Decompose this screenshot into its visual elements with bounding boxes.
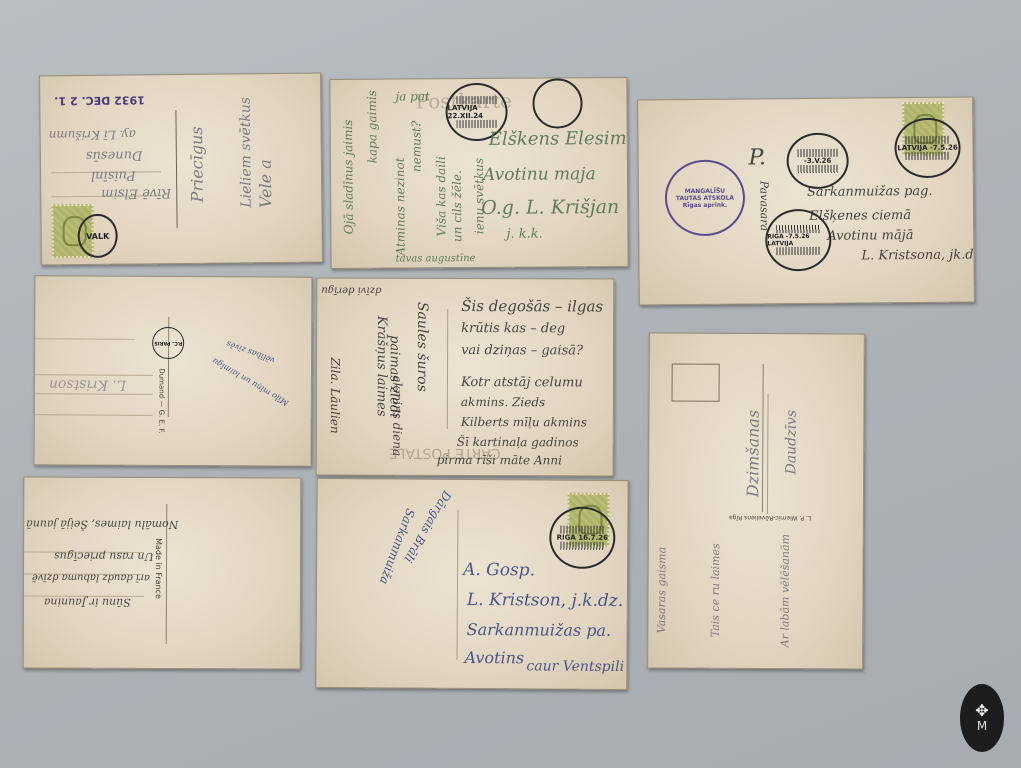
handwriting-line: Un rasu priecīgus — [54, 550, 154, 563]
postmark-text: VALK — [86, 231, 109, 240]
handwriting-line: Šis degošās – ilgas — [461, 297, 603, 315]
school-seal: MANGALĪŠU TAUTAS ATSKOLA Rīgas aprink. — [665, 160, 746, 237]
postcard-6: Made in France Nomālu laimes, Šeijā jaun… — [23, 477, 302, 670]
postmark-partial — [532, 78, 582, 128]
address-line: Avotinu maja — [483, 164, 596, 185]
postcard-5: CARTE POSTALE Šis degošās – ilgas krūtis… — [316, 277, 615, 476]
postcard-7: RIGA 16.7.26 A. Gosp. L. Kristson, j.k.d… — [315, 478, 628, 690]
date-stamp: 1932 DEC. 2 1. — [54, 93, 145, 107]
address-line: Avotins — [464, 648, 524, 667]
address-divider — [175, 110, 177, 228]
handwriting-line: Krāšņus laimes — [374, 316, 389, 417]
handwriting-line: un cils žēle. — [450, 170, 465, 242]
printed-publisher: Dumand — G. E. F. — [157, 368, 165, 433]
handwriting-line: Saules šuros — [414, 302, 430, 392]
address-line: Elšķenes ciemā — [809, 208, 911, 224]
postcard-2: Postkarte LATVIJA 22.XII.24 ja pat Elške… — [329, 77, 628, 269]
handwriting-line: Kotr atstāj celumu — [461, 375, 583, 390]
handwriting-line: Rīvē Elsim — [101, 185, 171, 201]
handwriting-line: tavas augustīne — [396, 253, 476, 265]
postcard-8: L. P. Wiernic-Rēveliens Rīga Dzimšanas D… — [647, 332, 865, 669]
handwriting-line: Kilberts mīļu akmins — [461, 415, 587, 429]
printed-made-in-france: Made in France — [154, 538, 163, 599]
handwriting-line: Viša kas daili — [434, 156, 449, 236]
handwriting-line: Pavasara — [757, 181, 770, 231]
publisher-seal: P.C. PARIS — [152, 327, 184, 359]
handwriting-line: Daudzīvs — [783, 410, 799, 475]
postcard-1: 1932 DEC. 2 1. Rīvē Elsim Puisīnl Dunesū… — [39, 73, 323, 266]
handwriting-line: arī daudz labuma dzīvē — [32, 572, 150, 583]
printed-publisher: L. P. Wiernic-Rēveliens Rīga — [729, 514, 811, 521]
handwriting-line: Ar labām vēlēšanām — [778, 534, 792, 647]
address-line: caur Ventspili — [526, 658, 624, 675]
postcard-3: LATVIJA -7.5.26 -3.V.26 RIGA -7.5.26 LAT… — [637, 97, 975, 306]
school-seal-text: MANGALĪŠU TAUTAS ATSKOLA Rīgas aprink. — [673, 187, 737, 209]
watermark-logo: ✥ M — [960, 684, 1004, 752]
handwriting-line: akmins. Zieds — [461, 395, 545, 409]
handwriting-line: vēlības zīvēs — [225, 339, 276, 365]
handwriting-line: ienu svētkus — [472, 158, 487, 234]
handwriting-line: akmins diena — [390, 375, 404, 456]
ornament-diamond-icon: ✥ — [975, 703, 988, 719]
address-line — [767, 394, 769, 514]
stamp-box — [672, 364, 720, 402]
handwriting-line: vai dziņas – gaisā? — [461, 343, 583, 358]
handwriting-line: dzīvi derīgu — [321, 284, 381, 295]
handwriting-line: P. — [749, 145, 767, 170]
handwriting-line: Vasaras gaisma — [655, 547, 668, 633]
postcard-4: P.C. PARIS Dumand — G. E. F. L. Kristson… — [34, 275, 313, 466]
handwriting-line: Šī kartinaļa gadinos — [457, 435, 579, 449]
postmark-text: -3.V.26 — [804, 157, 831, 165]
handwriting-line: nemust? — [409, 121, 423, 172]
postmark-text: LATVIJA 22.XII.24 — [448, 104, 506, 120]
postmark: VALK — [77, 214, 117, 258]
handwriting-line: pirma rīši māte Anni — [437, 453, 562, 467]
publisher-seal-text: P.C. PARIS — [154, 340, 182, 346]
address-line — [35, 338, 135, 340]
address-line: Sarkanmuižas pag. — [807, 184, 933, 200]
recipient-name: L. Kristson, j.k.dz. — [467, 590, 623, 611]
handwriting-line: Dzimšanas — [743, 410, 762, 497]
address-line — [35, 393, 153, 395]
recipient-name: Elškens Elesimā — [489, 128, 629, 150]
address-line — [35, 414, 153, 416]
monogram: M — [977, 719, 987, 733]
postmark: LATVIJA -7.5.26 — [894, 118, 961, 179]
handwriting-line: Puisīnl — [91, 167, 136, 182]
handwriting-line: Ojā sladīnus jaimis — [341, 120, 356, 235]
handwriting-line: Atminas nezinot — [393, 157, 408, 255]
handwriting-line: Zila. Lāulien — [328, 357, 342, 433]
handwriting-line: Dunesūs — [86, 147, 143, 163]
handwriting-line: Mīļo mīņu un laimīgu — [211, 356, 290, 408]
postmark: RIGA 16.7.26 — [549, 507, 615, 569]
postmark-text: RIGA -7.5.26 LATVIJA — [767, 233, 829, 248]
address-divider — [447, 309, 448, 429]
handwriting-line: Nomālu laimes, Šeijā jaunā — [26, 518, 178, 532]
address-line: O.g. L. Krišjan — [481, 196, 619, 219]
handwriting-line: L. Kristson — [49, 376, 126, 392]
handwriting-line: Tais ce ru laimes — [709, 543, 722, 637]
address-line: j. k.k. — [506, 227, 542, 242]
handwriting-line: kapa gaimis — [365, 90, 380, 163]
address-line: Avotinu mājā — [827, 228, 913, 244]
handwriting-line: krūtis kas – deg — [461, 321, 565, 336]
handwriting-line: Priecīgus — [187, 126, 207, 202]
address-line: A. Gosp. — [463, 560, 535, 581]
handwriting-line: Lieliem svētkus — [238, 97, 255, 208]
handwriting-line: ay. Lī Krišumn — [49, 127, 136, 142]
handwriting-line: Vele a — [256, 159, 276, 208]
address-line: L. Kristsona, jk.dz. — [861, 247, 974, 263]
handwriting-line: ja pat — [395, 89, 429, 103]
address-line: Sarkanmuižas pa. — [467, 620, 612, 640]
address-divider — [456, 510, 458, 660]
postmark: -3.V.26 — [786, 133, 848, 190]
handwriting-line: Sūnu ir Jaunina — [44, 596, 131, 609]
